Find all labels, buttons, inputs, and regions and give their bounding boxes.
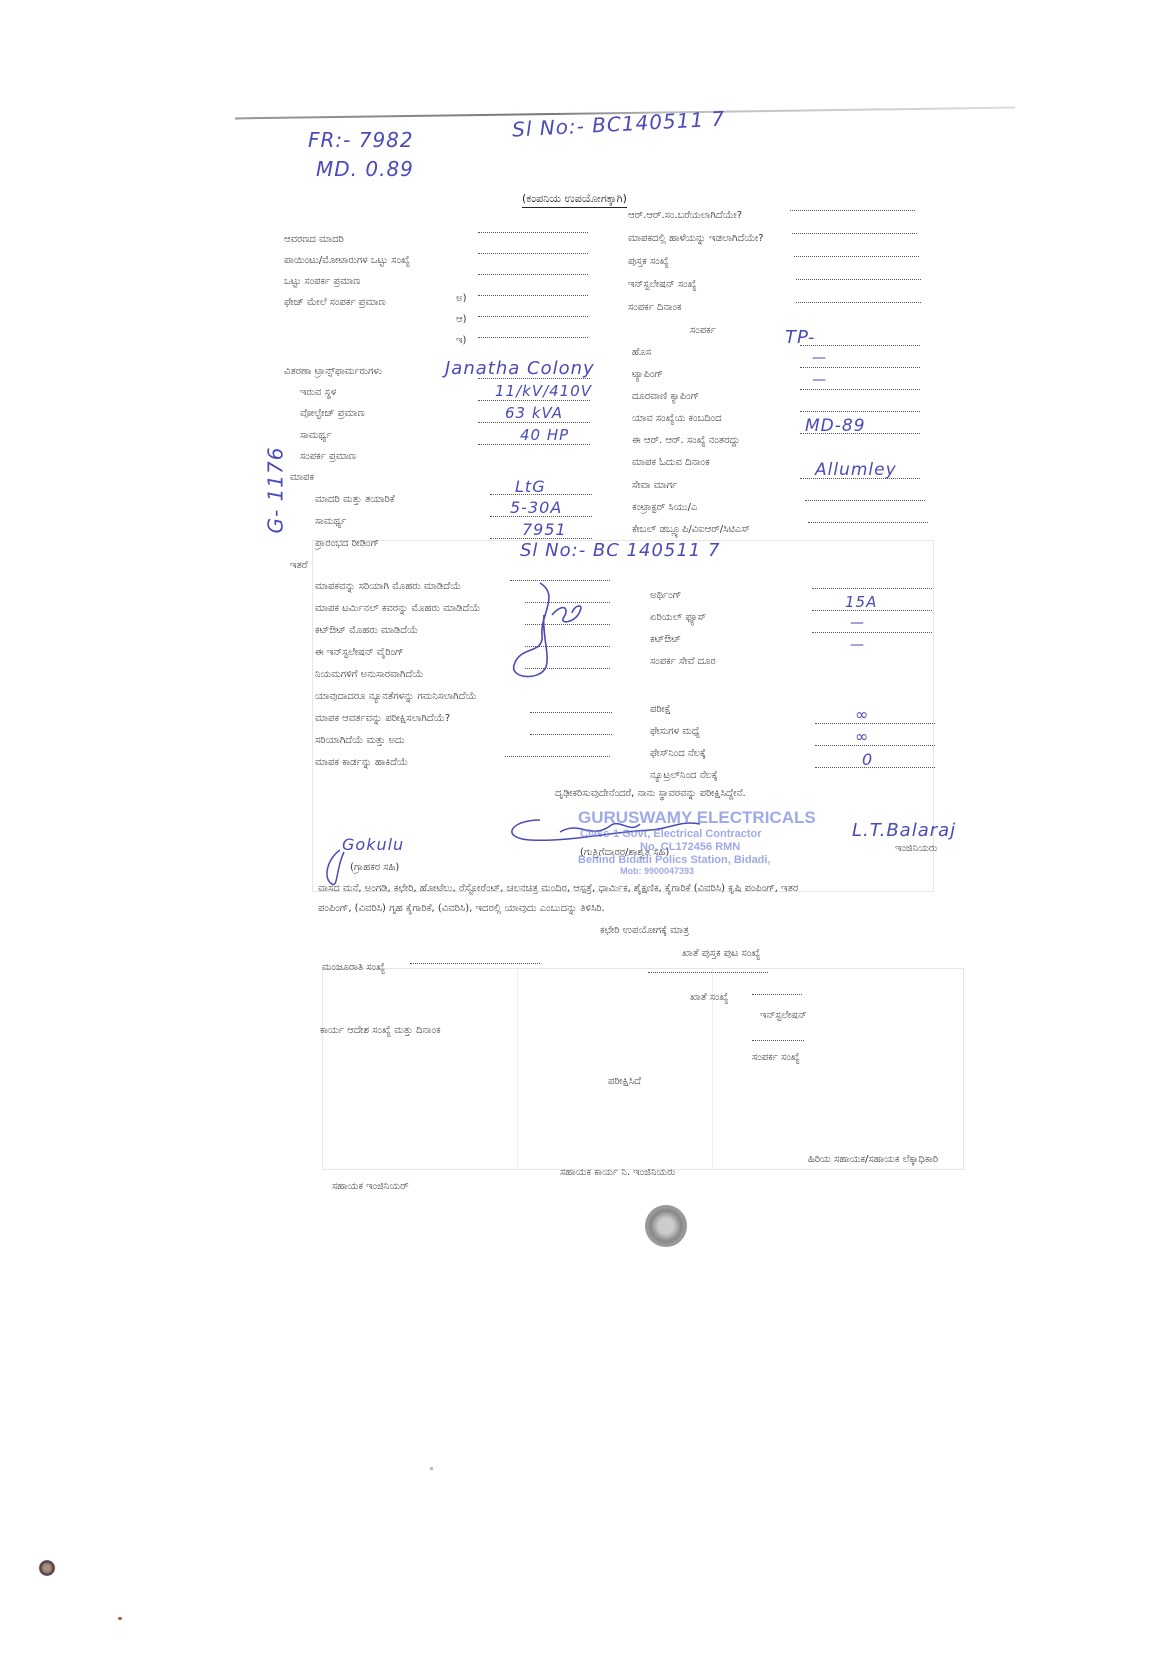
connection-heading: ಸಂಪರ್ಕ [690,325,716,336]
field-line [800,389,920,390]
consumer-signature-label: (ಗ್ರಾಹಕರ ಸಹಿ) [350,862,399,873]
accounts-officer-label: ಹಿರಿಯ ಸಹಾಯಕ/ಸಹಾಯಕ ಲೆಕ್ಕಾಧಿಕಾರಿ [808,1154,938,1165]
field-label-voltage: ವೋಲ್ಟೇಜ್ ಪ್ರಮಾಣ [300,408,365,419]
field-label-initial-reading: ಪ್ರಾರಂಭದ ರೀಡಿಂಗ್ [315,538,379,549]
scan-speck [430,1467,433,1470]
field-line [478,378,590,379]
capacity-hp-value: 40 HP [520,426,569,444]
field-label-cable-type: ಕೇಬಲ್ ಡಬ್ಲ್ಯೂಪಿ/ವಿಐಆರ್/ಸಿಟಿಎಸ್ [632,524,750,535]
field-line [808,522,928,523]
field-label-installation-number: ಇನ್‌ಸ್ಟಲೇಷನ್ ಸಂಖ್ಯೆ [628,279,697,290]
check-installation-wiring: ಈ ಇನ್‌ಸ್ಟಲೇಷನ್ ವೈರಿಂಗ್ [315,647,404,658]
initial-reading-value: 7951 [522,520,567,539]
usage-category-line1: ವಾಸದ ಮನೆ, ಅಂಗಡಿ, ಕಛೇರಿ, ಹೋಟೆಲು, ರೆಸ್ಟೋರೆ… [318,883,798,894]
field-line [530,712,612,713]
field-line [478,400,590,401]
field-line [752,1040,804,1041]
check-defects-noted: ಯಾವುದಾದರೂ ನ್ಯೂನತೆಗಳನ್ನು ಗಮನಿಸಲಾಗಿದೆಯೆ [315,691,477,702]
field-label-after-rr-number: ಈ ಆರ್. ಆರ್. ಸಂಖ್ಯೆ ನಂತರದ್ದು [632,435,740,446]
table-divider [517,968,518,1168]
field-line [478,232,588,233]
check-meter-card: ಮಾಪಕ ಕಾರ್ಡನ್ನು ಹಾಕಿದೆಯೆ [315,757,408,768]
field-line [800,345,920,346]
field-line [805,500,925,501]
field-line [478,422,590,423]
between-phases-value: ∞ [855,705,869,724]
check-meter-rotation: ಮಾಪಕ ಆವರ್ತವನ್ನು ಪರೀಕ್ಷಿಸಲಾಗಿದೆಯೆ? [315,713,450,724]
certification-statement: ದೃಢೀಕರಿಸುವುದೇನೆಂದರೆ, ನಾನು ಸ್ಥಾವರವನ್ನು ಪರ… [555,788,746,799]
field-line [800,367,920,368]
check-cutout-sealed: ಕಟ್‌ಔಟ್ ಮೊಹರು ಮಾಡಿದೆಯೆ [315,625,418,636]
field-label-tapping: ಟ್ಯಾಪಿಂಗ್ [632,369,663,380]
capacity-kva-value: 63 kVA [505,404,563,422]
service-distance-value: — [850,637,865,653]
cutout-value: — [850,615,865,631]
phase-marker-b: ಆ) [456,314,467,325]
voltage-value: 11/kV/410V [495,382,592,400]
check-rules-compliance: ನಿಯಮಗಳಿಗೆ ಅನುಸಾರವಾಗಿದೆಯೆ [315,669,423,680]
field-line [815,723,935,724]
assistant-exec-engineer-label: ಸಹಾಯಕ ಕಾರ್ಯ ನಿ. ಇಂಜಿನಿಯರು [560,1167,676,1178]
faint-footer-table [322,968,964,1170]
field-line [490,538,592,539]
field-label-pole-number: ಯಾವ ಸಂಖ್ಯೆಯ ಕಂಬದಿಂದ [632,413,722,424]
field-label-book-number: ಪುಸ್ತಕ ಸಂಖ್ಯೆ [628,256,669,267]
check-terminal-cover-sealed: ಮಾಪಕ ಟರ್ಮಿನಲ್ ಕವರನ್ನು ಮೊಹರು ಮಾಡಿದೆಯೆ [315,603,480,614]
field-label-rr-written: ಆರ್.ಆರ್.ಸಂ.ಬರೆಯಲಾಗಿದೆಯೇ? [628,210,742,221]
handwritten-fr-number: FR:- 7982 [308,128,414,152]
service-route-value: Allumley [815,460,897,480]
tapping-value: — [812,350,827,366]
other-heading: ಇತರೆ [290,560,308,571]
field-line [796,279,921,280]
field-line [648,972,768,973]
ledger-page-label: ಖಾತೆ ಪುಸ್ತಕ ಪುಟ ಸಂಖ್ಯೆ [682,948,760,959]
assistant-engineer-label: ಸಹಾಯಕ ಇಂಜಿನಿಯರ್ [332,1181,409,1192]
field-line [796,302,921,303]
field-label-contractor: ಕಂಟ್ರಾಕ್ಟರ್ ಸಿಯು/ಎ [632,502,697,513]
field-line [752,994,802,995]
field-label-points-total: ಪಾಯಿಂಟು/ಮೋಟಾರುಗಳ ಒಟ್ಟು ಸಂಖ್ಯೆ [284,255,410,266]
field-line [792,233,917,234]
field-label-total-load: ಒಟ್ಟು ಸಂಪರ್ಕ ಪ್ರಮಾಣ [284,276,360,287]
check-correct-and: ಸರಿಯಾಗಿದೆಯೆ ಮತ್ತು ಅದು [315,735,405,746]
work-order-label: ಕಾರ್ಯ ಆದೇಶ ಸಂಖ್ಯೆ ಮತ್ತು ದಿನಾಂಕ [320,1025,441,1036]
connection-number-label: ಸಂಪರ್ಕ ಸಂಖ್ಯೆ [752,1052,800,1063]
consumer-signature: Gokulu [342,835,404,854]
sanction-number-label: ಮಂಜೂರಾತಿ ಸಂಖ್ಯೆ [322,962,385,973]
contractor-stamp-line4: Mob: 9900047393 [620,866,694,876]
field-line [478,337,588,338]
verified-label: ಪರೀಕ್ಷಿಸಿದೆ [608,1076,641,1087]
field-label-phase-to-earth: ಫೇಸ್‌ನಿಂದ ನೆಲಕ್ಕೆ [650,748,706,759]
checklist-initial-scribble [500,575,610,685]
engineer-label: ಇಂಜಿನಿಯರು [895,843,937,854]
field-label-cutout: ಕಟ್‌ಔಟ್ [650,634,681,645]
field-label-capacity: ಸಾಮರ್ಥ್ಯ [300,430,331,441]
handwritten-serial-number: Sl No:- BC140511 7 [512,106,726,141]
official-seal-icon [645,1205,687,1247]
field-label-location: ಇರುವ ಸ್ಥಳ [300,387,336,398]
engineer-signature: L.T.Balaraj [852,820,956,841]
field-label-premises-type: ಆವರಣದ ಮಾದರಿ [284,234,344,245]
field-line [490,494,592,495]
field-line [505,756,610,757]
consumer-signature-mark [318,848,348,888]
field-label-neutral-to-earth: ನ್ಯೂಟ್ರಲ್‌ನಿಂದ ನೆಲಕ್ಕೆ [650,770,718,781]
test-heading: ಪರೀಕ್ಷೆ [650,704,671,715]
field-label-telephone-crossing: ದೂರವಾಣಿ ಕ್ಯಾಪಿಂಗ್ [632,391,699,402]
contractor-signature-label: (ಗುತ್ತಿಗೆದಾರರ/ಶಾಶ್ವತ ಸಹಿ) [580,847,669,858]
field-label-aerial-fuse: ಏರಿಯಲ್ ಫ್ಯೂಸ್ [650,612,706,623]
field-line [815,767,935,768]
field-line [812,632,932,633]
aerial-fuse-value: 15A [845,593,877,611]
phase-to-earth-value: ∞ [855,727,869,746]
contractor-stamp-name: GURUSWAMY ELECTRICALS [578,808,816,828]
field-label-service-route: ಸೇವಾ ಮಾರ್ಗ [632,480,677,491]
field-line [812,610,932,611]
field-label-between-phases: ಫೇಸುಗಳ ಮಧ್ಯೆ [650,726,700,737]
check-meter-sealed: ಮಾಪಕವನ್ನು ಸರಿಯಾಗಿ ಮೊಹರು ಮಾಡಿದೆಯೆ [315,581,461,592]
meter-heading: ಮಾಪಕ [290,472,314,483]
field-label-earthing: ಅರ್ಥಿಂಗ್ [650,590,681,601]
transformer-heading: ವಿತರಣಾ ಟ್ರಾನ್ಸ್‌ಫಾರ್ಮರುಗಳು [284,366,382,377]
usage-category-line2: ಪಂಪಿಂಗ್, (ವಿವರಿಸಿ) ಗೃಹ ಕೈಗಾರಿಕೆ, (ವಿವರಿಸ… [318,903,605,914]
phase-marker-a: ಅ) [456,293,467,304]
field-line [794,256,919,257]
field-label-new: ಹೊಸ [632,347,651,358]
field-line [478,274,588,275]
field-label-meter-capacity: ಸಾಮರ್ಥ್ಯ [315,516,346,527]
installation-label: ಇನ್‌ಸ್ಟಲೇಷನ್ [760,1010,807,1021]
field-line [478,444,590,445]
account-number-label: ಖಾತೆ ಸಂಖ್ಯೆ [690,992,729,1003]
meter-serial-value: Sl No:- BC 140511 7 [520,540,720,561]
scan-speck [38,1560,56,1576]
field-label-meter-make: ಮಾದರಿ ಮತ್ತು ತಯಾರಿಕೆ [315,494,395,505]
field-line [800,433,920,434]
office-use-heading: ಕಛೇರಿ ಉಪಯೋಗಕ್ಕೆ ಮಾತ್ರ [600,925,689,936]
field-line [410,963,540,964]
transformer-location-value: Janatha Colony [445,358,595,379]
field-label-meter-reading-date: ಮಾಪಕ ಓದುವ ದಿನಾಂಕ [632,457,710,468]
handwritten-md-number: MD. 0.89 [316,157,414,181]
field-label-service-distance: ಸಂಪರ್ಕ ಸೇವೆ ದೂರ [650,656,716,667]
handwritten-margin-note: G- 1176 [263,447,287,534]
field-line [530,734,612,735]
field-line [790,210,915,211]
field-label-connection-date: ಸಂಪರ್ಕ ದಿನಾಂಕ [628,302,682,313]
field-line [478,316,588,317]
field-label-sheet-placed: ಮಾಪಕದಲ್ಲಿ ಹಾಳೆಯನ್ನು ಇಡಲಾಗಿದೆಯೇ? [628,233,764,244]
field-line [478,253,588,254]
field-line [490,516,592,517]
field-line [478,295,588,296]
telephone-crossing-value: — [812,372,827,388]
meter-capacity-value: 5-30A [510,498,562,517]
field-label-phase-load: ಫೇಜ್ ಮೇಲೆ ಸಂಪರ್ಕ ಪ್ರಮಾಣ [284,297,386,308]
field-line [800,478,920,479]
field-line [800,411,920,412]
contractor-stamp-line1: Class-1 Govt, Electrical Contractor [580,828,762,840]
field-label-connected-load: ಸಂಪರ್ಕ ಪ್ರಮಾಣ [300,451,356,462]
field-line [815,745,935,746]
section-title: (ಕಂಪನಿಯ ಉಪಯೋಗಕ್ಕಾಗಿ) [522,192,627,208]
field-line [812,588,932,589]
scan-speck [118,1617,122,1620]
phase-marker-c: ಇ) [456,335,466,346]
